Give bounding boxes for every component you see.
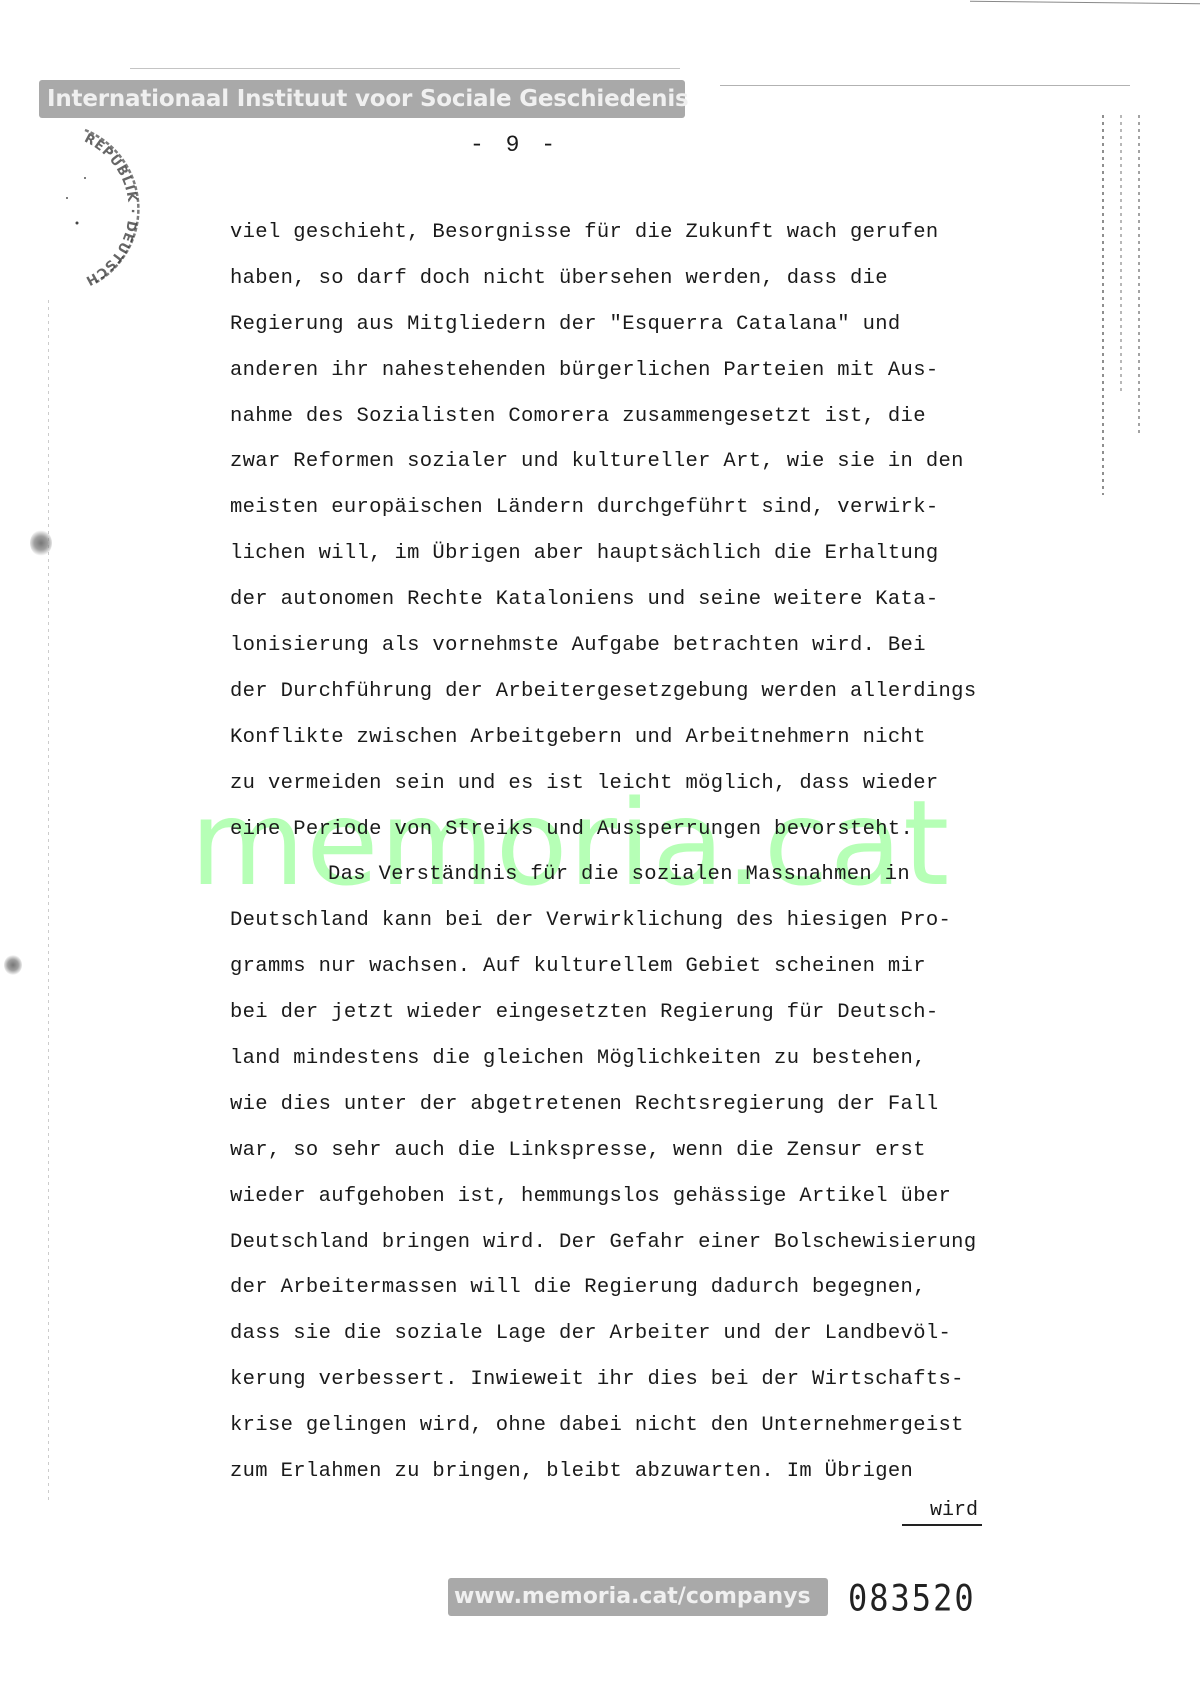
- text-line: zum Erlahmen zu bringen, bleibt abzuwart…: [230, 1449, 1070, 1495]
- official-stamp: REPUBLIK · DEUTSCHLAND: [55, 118, 165, 298]
- stamp-text: REPUBLIK · DEUTSCHLAND: [55, 118, 140, 288]
- text-line: Konflikte zwischen Arbeitgebern und Arbe…: [230, 715, 1070, 761]
- text-line: anderen ihr nahestehenden bürgerlichen P…: [230, 348, 1070, 394]
- text-line: war, so sehr auch die Linkspresse, wenn …: [230, 1128, 1070, 1174]
- text-line: wie dies unter der abgetretenen Rechtsre…: [230, 1082, 1070, 1128]
- document-body: viel geschieht, Besorgnisse für die Zuku…: [230, 210, 1070, 1495]
- text-line: viel geschieht, Besorgnisse für die Zuku…: [230, 210, 1070, 256]
- text-line: zwar Reformen sozialer und kultureller A…: [230, 439, 1070, 485]
- text-line: zu vermeiden sein und es ist leicht mögl…: [230, 761, 1070, 807]
- paragraph-start-line: Das Verständnis für die sozialen Massnah…: [230, 852, 1070, 898]
- scan-speck: [30, 530, 52, 556]
- scan-margin-line: [1138, 115, 1140, 435]
- text-line: haben, so darf doch nicht übersehen werd…: [230, 256, 1070, 302]
- text-line: nahme des Sozialisten Comorera zusammeng…: [230, 394, 1070, 440]
- text-line: bei der jetzt wieder eingesetzten Regier…: [230, 990, 1070, 1036]
- scan-edge-line: [130, 68, 680, 69]
- archive-watermark-banner: Internationaal Instituut voor Sociale Ge…: [39, 80, 685, 118]
- text-line: wieder aufgehoben ist, hemmungslos gehäs…: [230, 1174, 1070, 1220]
- text-line: lonisierung als vornehmste Aufgabe betra…: [230, 623, 1070, 669]
- scan-edge-line: [720, 85, 1130, 86]
- catchword: wird: [902, 1500, 982, 1526]
- text-line: der Durchführung der Arbeitergesetzgebun…: [230, 669, 1070, 715]
- text-line: der autonomen Rechte Kataloniens und sei…: [230, 577, 1070, 623]
- scan-speck: [4, 955, 22, 975]
- text-line: krise gelingen wird, ohne dabei nicht de…: [230, 1403, 1070, 1449]
- scan-margin-line: [48, 300, 49, 1500]
- text-line: Deutschland kann bei der Verwirklichung …: [230, 898, 1070, 944]
- text-line: lichen will, im Übrigen aber hauptsächli…: [230, 531, 1070, 577]
- text-line: land mindestens die gleichen Möglichkeit…: [230, 1036, 1070, 1082]
- page-number: - 9 -: [470, 132, 559, 158]
- text-line: Regierung aus Mitgliedern der "Esquerra …: [230, 302, 1070, 348]
- scan-margin-line: [1102, 115, 1104, 495]
- url-watermark-banner: www.memoria.cat/companys: [448, 1578, 828, 1616]
- scan-margin-line: [1120, 115, 1122, 395]
- archive-number: 083520: [848, 1576, 976, 1620]
- stamp-seal-icon: REPUBLIK · DEUTSCHLAND: [55, 118, 165, 298]
- text-line: eine Periode von Streiks und Aussperrung…: [230, 807, 1070, 853]
- text-line: meisten europäischen Ländern durchgeführ…: [230, 485, 1070, 531]
- text-line: gramms nur wachsen. Auf kulturellem Gebi…: [230, 944, 1070, 990]
- svg-text:REPUBLIK · DEUTSCHLAND: REPUBLIK · DEUTSCHLAND: [55, 118, 140, 288]
- text-line: der Arbeitermassen will die Regierung da…: [230, 1265, 1070, 1311]
- text-line: dass sie die soziale Lage der Arbeiter u…: [230, 1311, 1070, 1357]
- text-line: kerung verbessert. Inwieweit ihr dies be…: [230, 1357, 1070, 1403]
- scan-edge-line: [970, 1, 1200, 4]
- text-line: Deutschland bringen wird. Der Gefahr ein…: [230, 1220, 1070, 1266]
